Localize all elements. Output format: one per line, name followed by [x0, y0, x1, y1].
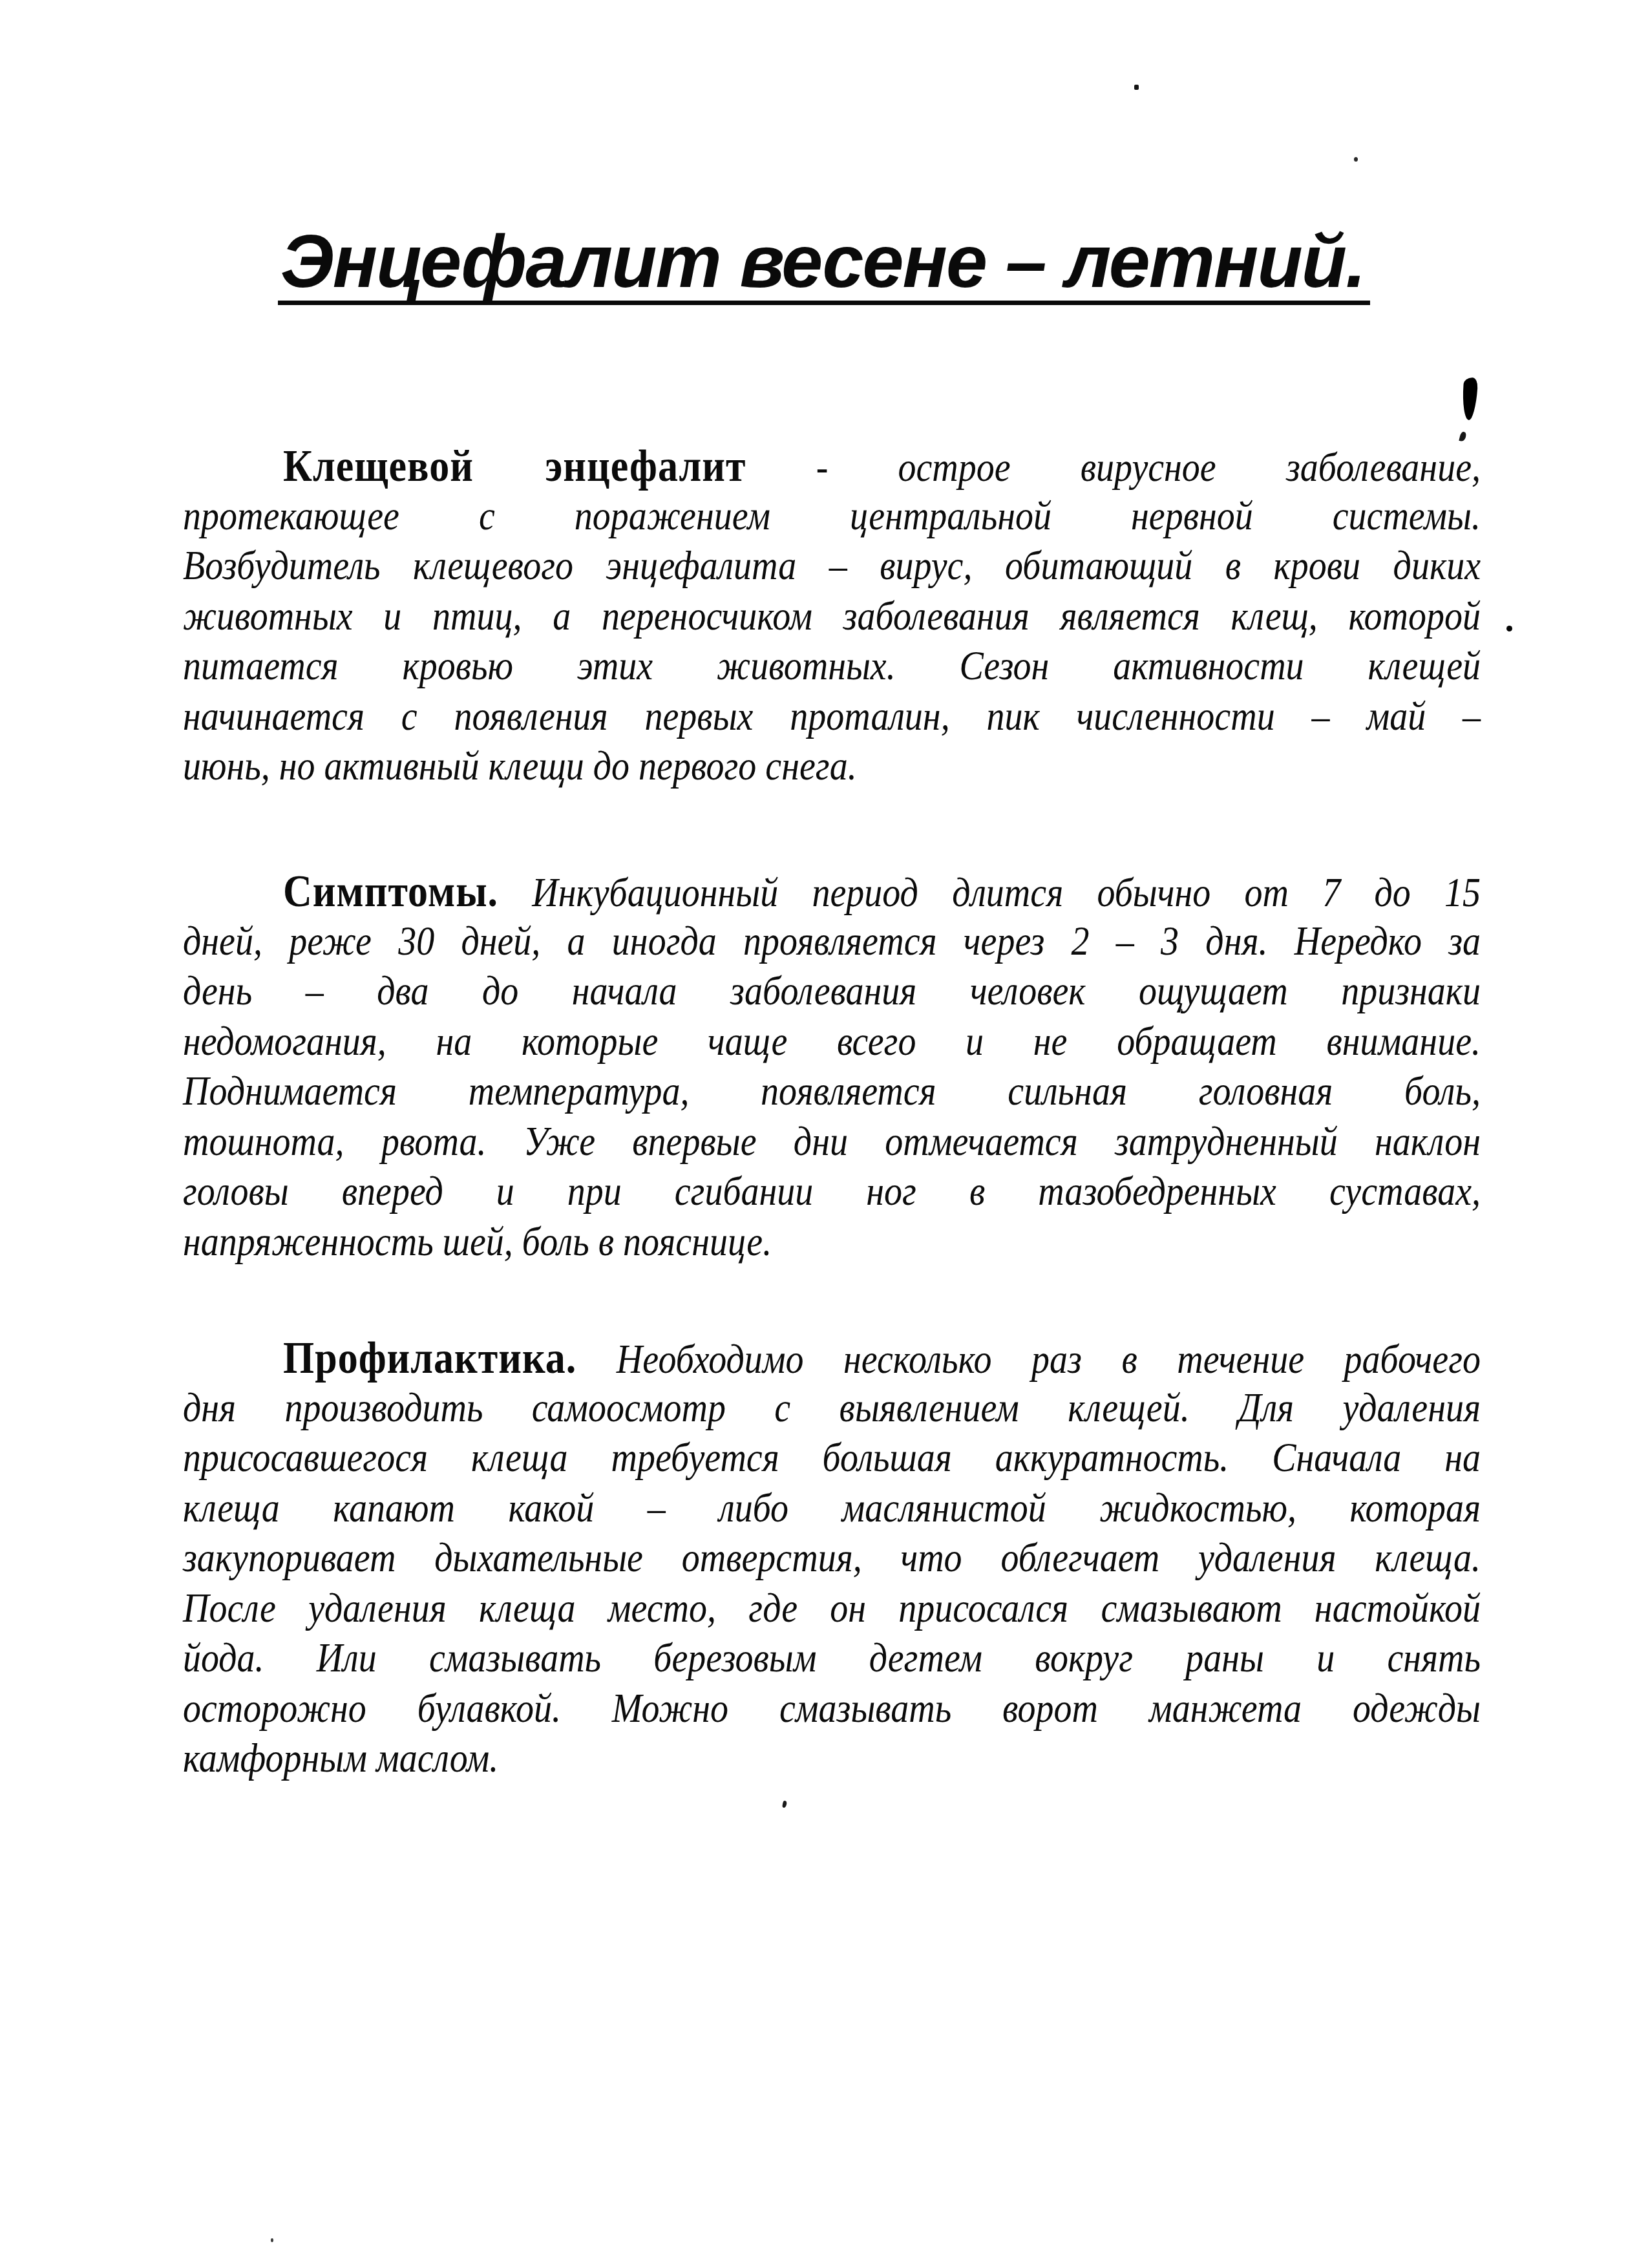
text-line: Симптомы. Инкубационный период длится об…	[183, 866, 1481, 917]
scan-speck	[271, 2238, 273, 2242]
section-heading: Клещевой энцефалит	[283, 441, 746, 491]
title-row: Энцефалит весене – летний.	[0, 225, 1648, 305]
scan-speck	[782, 1801, 787, 1808]
scan-speck	[1134, 85, 1139, 90]
section-heading: Профилактика.	[283, 1333, 576, 1383]
scan-speck	[1354, 157, 1358, 162]
text-line: Профилактика. Необходимо несколько раз в…	[183, 1333, 1481, 1383]
text-line: питается кровью этих животных. Сезон акт…	[183, 641, 1481, 692]
paragraph-overview: Клещевой энцефалит - острое вирусное заб…	[183, 441, 1481, 792]
text-line: закупоривает дыхательные отверстия, что …	[183, 1533, 1481, 1584]
text-line: камфорным маслом.	[183, 1733, 1481, 1784]
section-heading: Симптомы.	[283, 866, 498, 917]
text-line: дня производить самоосмотр с выявлением …	[183, 1383, 1481, 1434]
text-line: день – два до начала заболевания человек…	[183, 966, 1481, 1017]
text-line: После удаления клеща место, где он присо…	[183, 1584, 1481, 1634]
text-line: дней, реже 30 дней, а иногда проявляется…	[183, 917, 1481, 967]
text-line: йода. Или смазывать березовым дегтем вок…	[183, 1633, 1481, 1684]
paragraph-prevention: Профилактика. Необходимо несколько раз в…	[183, 1333, 1481, 1784]
text-line: осторожно булавкой. Можно смазывать воро…	[183, 1684, 1481, 1734]
paragraph-symptoms: Симптомы. Инкубационный период длится об…	[183, 866, 1481, 1267]
document-page: Энцефалит весене – летний. Клещевой энце…	[0, 0, 1648, 2268]
text-line: присосавшегося клеща требуется большая а…	[183, 1433, 1481, 1483]
ink-smudge-mark	[1461, 377, 1479, 420]
text-line: Поднимается температура, появляется силь…	[183, 1066, 1481, 1117]
text-line: животных и птиц, а переносчиком заболева…	[183, 591, 1481, 642]
text-line: Возбудитель клещевого энцефалита – вирус…	[183, 541, 1481, 591]
text-line: тошнота, рвота. Уже впервые дни отмечает…	[183, 1117, 1481, 1167]
scan-speck	[1506, 626, 1512, 631]
text-line: Клещевой энцефалит - острое вирусное заб…	[183, 441, 1481, 491]
text-line: головы вперед и при сгибании ног в тазоб…	[183, 1167, 1481, 1217]
text-line: июнь, но активный клещи до первого снега…	[183, 741, 1481, 792]
text-line: протекающее с поражением центральной нер…	[183, 491, 1481, 542]
text-line: напряженность шей, боль в пояснице.	[183, 1217, 1481, 1267]
text-line: недомогания, на которые чаще всего и не …	[183, 1017, 1481, 1067]
text-line: клеща капают какой – либо маслянистой жи…	[183, 1483, 1481, 1534]
page-title: Энцефалит весене – летний.	[278, 225, 1370, 305]
text-line: начинается с появления первых проталин, …	[183, 692, 1481, 742]
